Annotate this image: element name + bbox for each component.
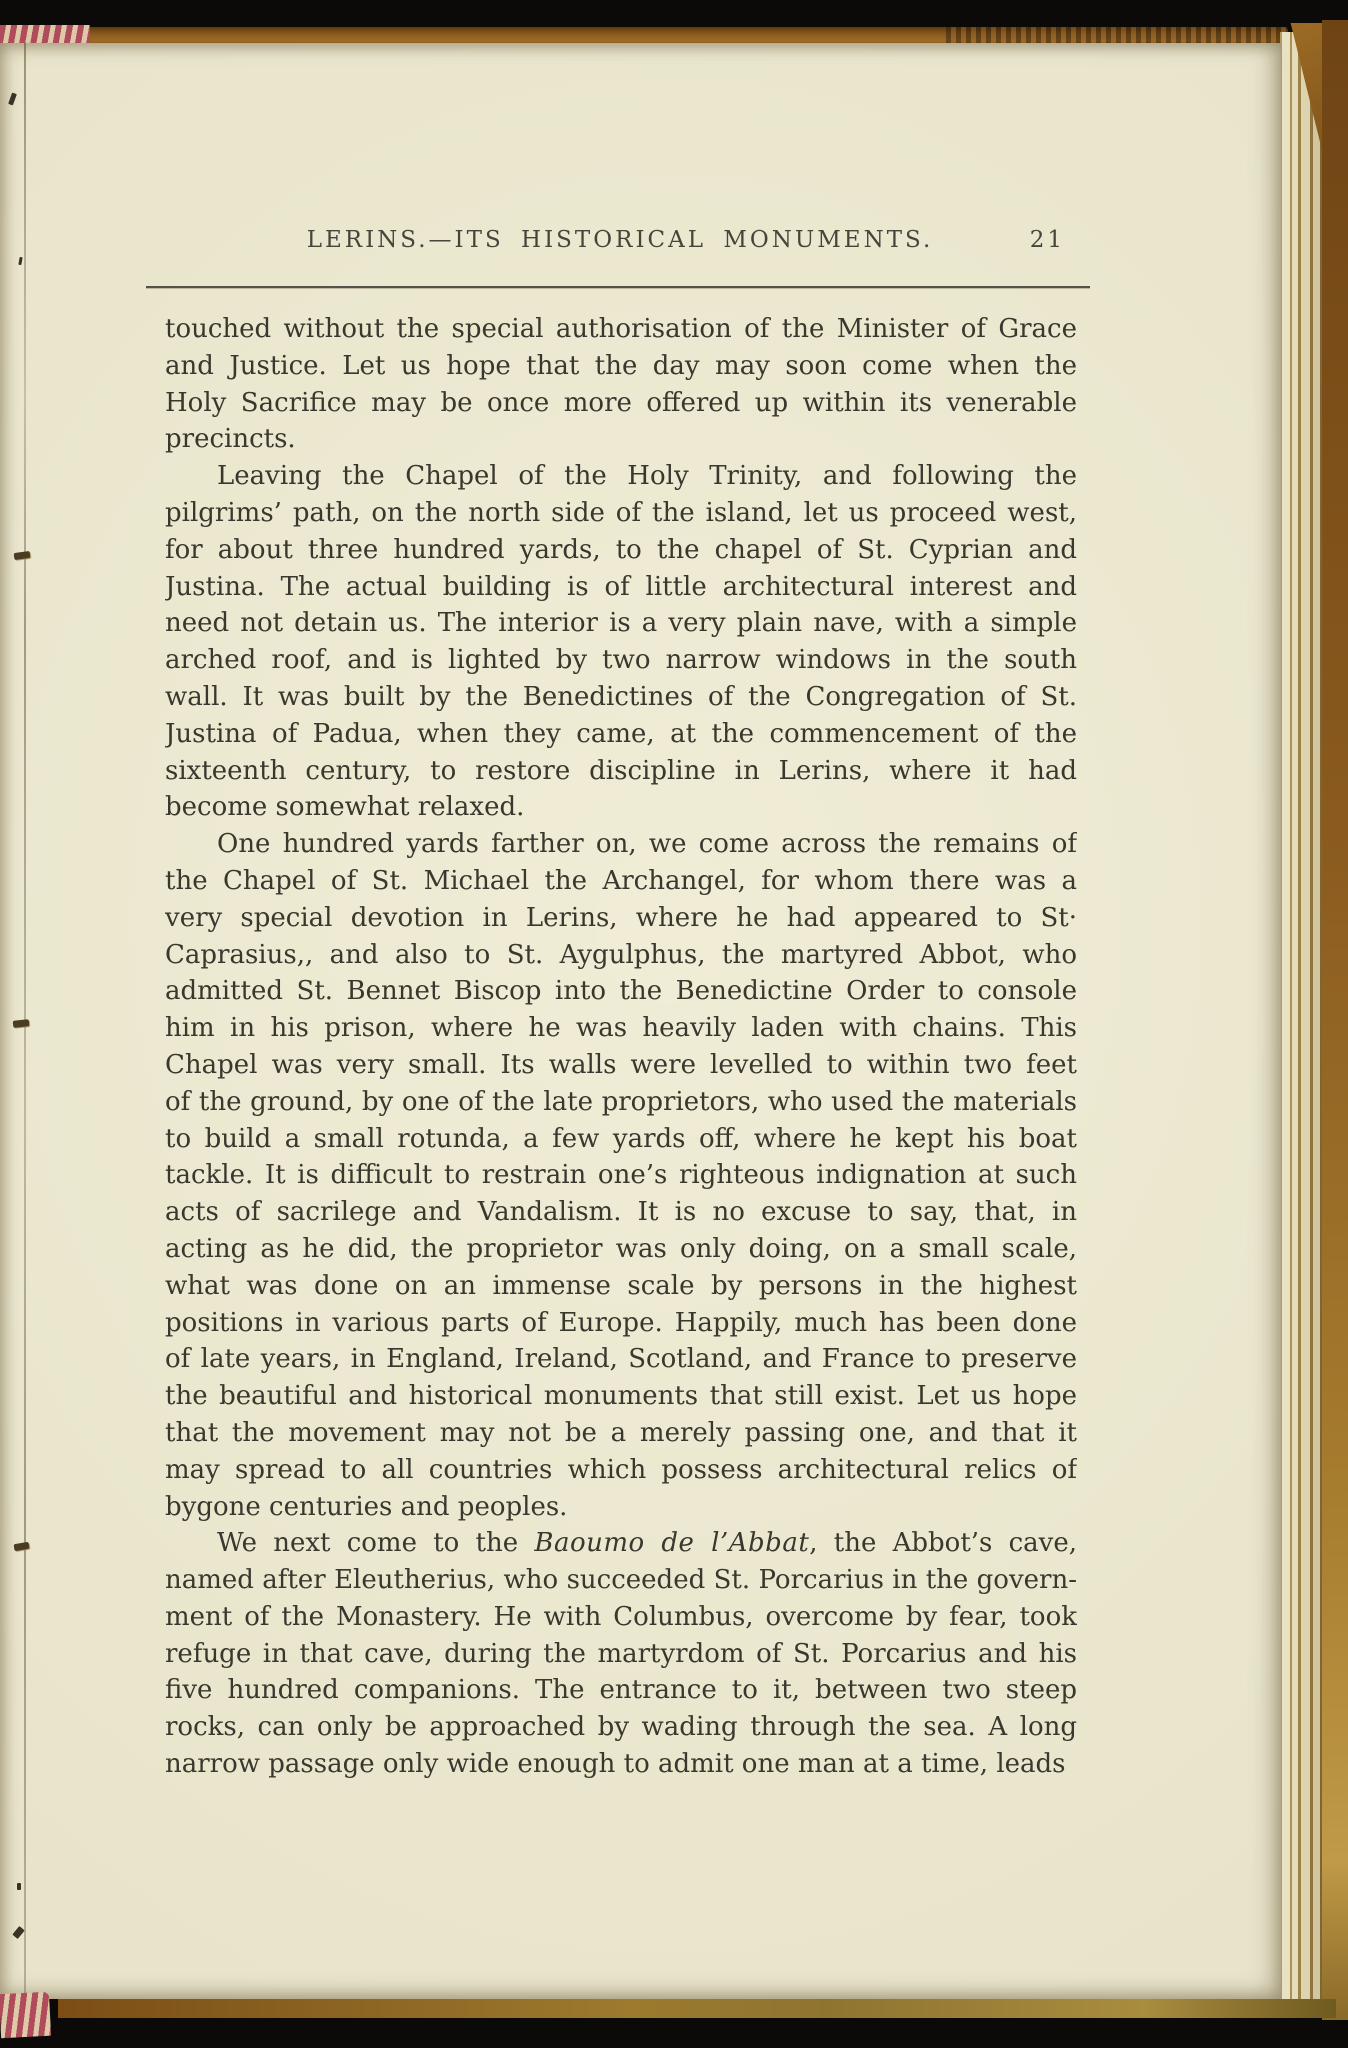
- text-line: touched without the special authorisatio…: [165, 311, 1077, 348]
- header-rule: [146, 286, 1090, 288]
- text-line: very special devotion in Lerins, where h…: [165, 900, 1077, 937]
- scanned-book-photo: { "page": { "header": { "title": "LERINS…: [0, 0, 1348, 2048]
- text-line: Chapel was very small. Its walls were le…: [165, 1047, 1077, 1084]
- text-line: Holy Sacrifice may be once more offered …: [165, 385, 1077, 422]
- text-line: and Justice. Let us hope that the day ma…: [165, 348, 1077, 385]
- book-cover-bottom-edge: [58, 1999, 1336, 2018]
- text-line: named after Eleutherius, who succeeded S…: [165, 1562, 1077, 1599]
- book-cover-right-edge: [1322, 20, 1348, 2020]
- text-line: to build a small rotunda, a few yards of…: [165, 1121, 1077, 1158]
- text-line: wall. It was built by the Benedictines o…: [165, 679, 1077, 716]
- text-line: acts of sacrilege and Vandalism. It is n…: [165, 1194, 1077, 1231]
- page-blemish: [17, 1883, 21, 1890]
- text-line: what was done on an immense scale by per…: [165, 1268, 1077, 1305]
- text-line: that the movement may not be a merely pa…: [165, 1415, 1077, 1452]
- text-line: him in his prison, where he was heavily …: [165, 1010, 1077, 1047]
- text-line: admitted St. Bennet Biscop into the Bene…: [165, 973, 1077, 1010]
- paragraph: One hundred yards farther on, we come ac…: [165, 826, 1077, 1525]
- text-line: may spread to all countries which posses…: [165, 1452, 1077, 1489]
- text-line: become somewhat relaxed.: [165, 789, 1077, 826]
- text-line: of late years, in England, Ireland, Scot…: [165, 1341, 1077, 1378]
- paragraph: We next come to the Baoumo de l’Abbat, t…: [165, 1525, 1077, 1783]
- page-title: LERINS.—ITS HISTORICAL MONUMENTS.: [165, 227, 1075, 253]
- body-text: touched without the special authorisatio…: [165, 311, 1077, 1783]
- text-line: acting as he did, the proprietor was onl…: [165, 1231, 1077, 1268]
- text-line: of the ground, by one of the late propri…: [165, 1084, 1077, 1121]
- endband-bottom: [0, 1992, 51, 2039]
- text-line: rocks, can only be approached by wading …: [165, 1709, 1077, 1746]
- text-line: We next come to the Baoumo de l’Abbat, t…: [165, 1525, 1077, 1562]
- text-line: Justina. The actual building is of littl…: [165, 569, 1077, 606]
- binding-stitch-mark: [13, 1019, 30, 1028]
- text-line: Leaving the Chapel of the Holy Trinity, …: [165, 458, 1077, 495]
- text-line: need not detain us. The interior is a ve…: [165, 605, 1077, 642]
- paragraph: Leaving the Chapel of the Holy Trinity, …: [165, 458, 1077, 826]
- text-line: arched roof, and is lighted by two narro…: [165, 642, 1077, 679]
- text-line: Justina of Padua, when they came, at the…: [165, 716, 1077, 753]
- text-line: ment of the Monastery. He with Columbus,…: [165, 1599, 1077, 1636]
- text-line: refuge in that cave, during the martyrdo…: [165, 1636, 1077, 1673]
- text-line: sixteenth century, to restore discipline…: [165, 753, 1077, 790]
- text-line: Caprasius,, and also to St. Aygulphus, t…: [165, 937, 1077, 974]
- text-line: narrow passage only wide enough to admit…: [165, 1746, 1077, 1783]
- paragraph: touched without the special authorisatio…: [165, 311, 1077, 458]
- fore-edge-page-stack: [1280, 32, 1322, 2004]
- text-line: One hundred yards farther on, we come ac…: [165, 826, 1077, 863]
- text-line: precincts.: [165, 421, 1077, 458]
- text-line: bygone centuries and peoples.: [165, 1489, 1077, 1526]
- page-blemish: [8, 93, 17, 106]
- book-page: LERINS.—ITS HISTORICAL MONUMENTS. 21 tou…: [0, 43, 1281, 1999]
- page-blemish: [18, 257, 22, 265]
- text-line: positions in various parts of Europe. Ha…: [165, 1305, 1077, 1342]
- running-head: LERINS.—ITS HISTORICAL MONUMENTS. 21: [165, 227, 1075, 259]
- text-line: five hundred companions. The entrance to…: [165, 1672, 1077, 1709]
- binding-stitch-mark: [14, 551, 31, 560]
- page-blemish: [12, 1926, 24, 1939]
- text-line: the beautiful and historical monuments t…: [165, 1378, 1077, 1415]
- text-line: tackle. It is difficult to restrain one’…: [165, 1157, 1077, 1194]
- text-line: pilgrims’ path, on the north side of the…: [165, 495, 1077, 532]
- text-line: for about three hundred yards, to the ch…: [165, 532, 1077, 569]
- binding-stitch-mark: [14, 1542, 30, 1551]
- text-line: the Chapel of St. Michael the Archangel,…: [165, 863, 1077, 900]
- page-number: 21: [1030, 227, 1065, 253]
